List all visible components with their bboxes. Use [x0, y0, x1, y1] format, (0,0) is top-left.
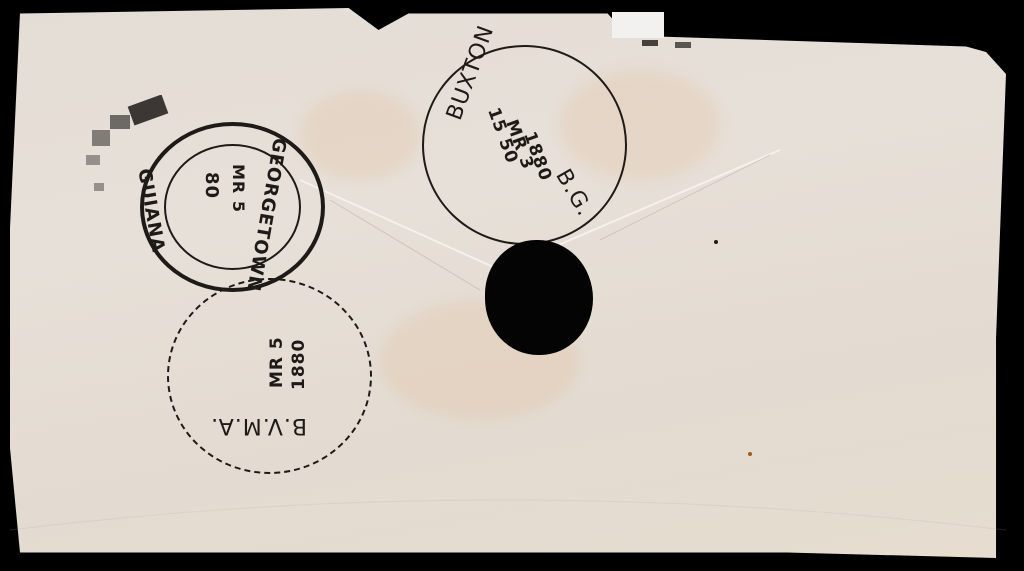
ink-speck: [748, 452, 752, 456]
envelope-photo: BUXTON 15 50 MR 3 1880 B.G. GEORGETOWN G…: [0, 0, 1024, 571]
postmark-line: 1880: [289, 339, 309, 390]
postmark-line: MR 5: [267, 336, 287, 388]
wax-seal: [485, 240, 593, 355]
ink-marks-top: [642, 40, 658, 46]
postmark-buxton: BUXTON 15 50 MR 3 1880 B.G.: [422, 45, 627, 245]
ink-marks-top: [675, 42, 691, 48]
postmark-place: B.V.M.A.: [210, 413, 307, 438]
ink-speck: [714, 240, 718, 244]
postmark-line: MR 5: [229, 164, 248, 213]
tape-patch: [612, 12, 664, 38]
duplex-killer-marks: [80, 95, 190, 205]
postmark-bvma: B.V.M.A. MR 5 1880: [167, 278, 372, 474]
postmark-line: 80: [201, 172, 222, 199]
